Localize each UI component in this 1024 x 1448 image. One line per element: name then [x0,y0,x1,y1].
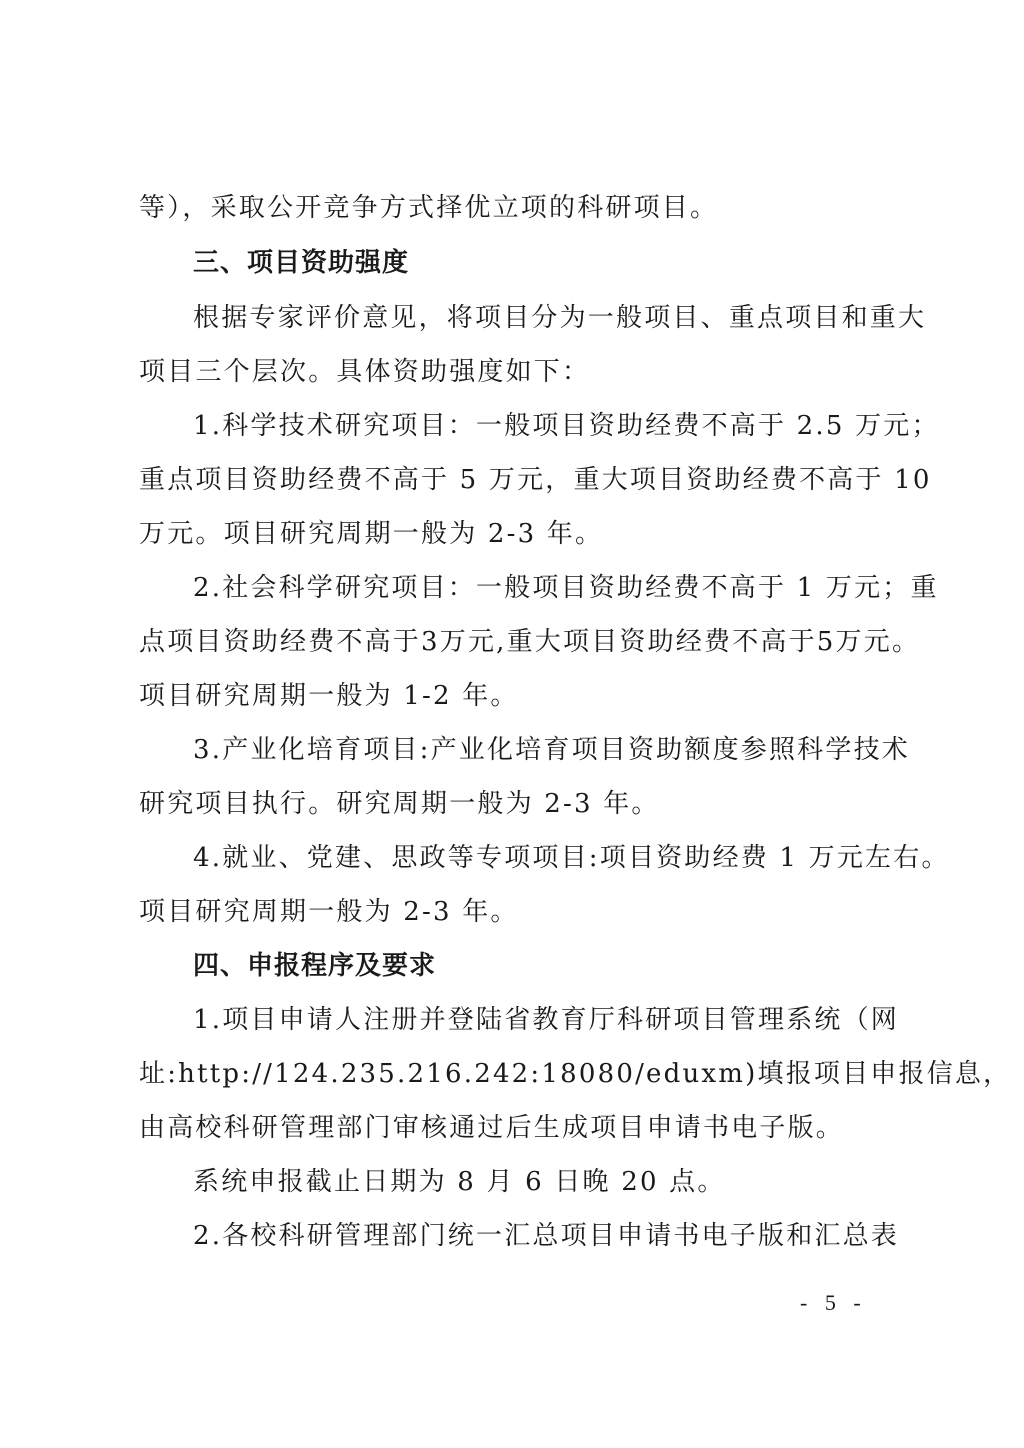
paragraph-line: 等），采取公开竞争方式择优立项的科研项目。 [139,192,899,224]
paragraph-line: 3.产业化培育项目:产业化培育项目资助额度参照科学技术 [193,734,953,766]
paragraph-line: 2.社会科学研究项目：一般项目资助经费不高于 1 万元；重 [193,572,953,604]
paragraph-line: 点项目资助经费不高于3万元,重大项目资助经费不高于5万元。 [139,626,899,658]
paragraph-line: 研究项目执行。研究周期一般为 2-3 年。 [139,788,899,820]
page-number: - 5 - [800,1290,867,1316]
paragraph-line: 项目研究周期一般为 1-2 年。 [139,680,899,712]
paragraph-line: 根据专家评价意见，将项目分为一般项目、重点项目和重大 [193,302,953,334]
paragraph-line: 1.科学技术研究项目：一般项目资助经费不高于 2.5 万元； [193,410,953,442]
section-heading-funding: 三、项目资助强度 [193,247,953,279]
paragraph-line: 重点项目资助经费不高于 5 万元，重大项目资助经费不高于 10 [139,464,899,496]
paragraph-line: 2.各校科研管理部门统一汇总项目申请书电子版和汇总表 [193,1220,953,1252]
paragraph-line: 4.就业、党建、思政等专项项目:项目资助经费 1 万元左右。 [193,842,953,874]
paragraph-line: 万元。项目研究周期一般为 2-3 年。 [139,518,899,550]
paragraph-line-deadline: 系统申报截止日期为 8 月 6 日晚 20 点。 [193,1166,953,1198]
paragraph-line: 项目研究周期一般为 2-3 年。 [139,896,899,928]
section-heading-procedure: 四、申报程序及要求 [193,950,953,982]
paragraph-line-url: 址:http://124.235.216.242:18080/eduxm)填报项… [139,1058,899,1090]
paragraph-line: 1.项目申请人注册并登陆省教育厅科研项目管理系统（网 [193,1004,953,1036]
paragraph-line: 项目三个层次。具体资助强度如下： [139,356,899,388]
paragraph-line: 由高校科研管理部门审核通过后生成项目申请书电子版。 [139,1112,899,1144]
document-page: 等），采取公开竞争方式择优立项的科研项目。 三、项目资助强度 根据专家评价意见，… [0,0,1024,1448]
